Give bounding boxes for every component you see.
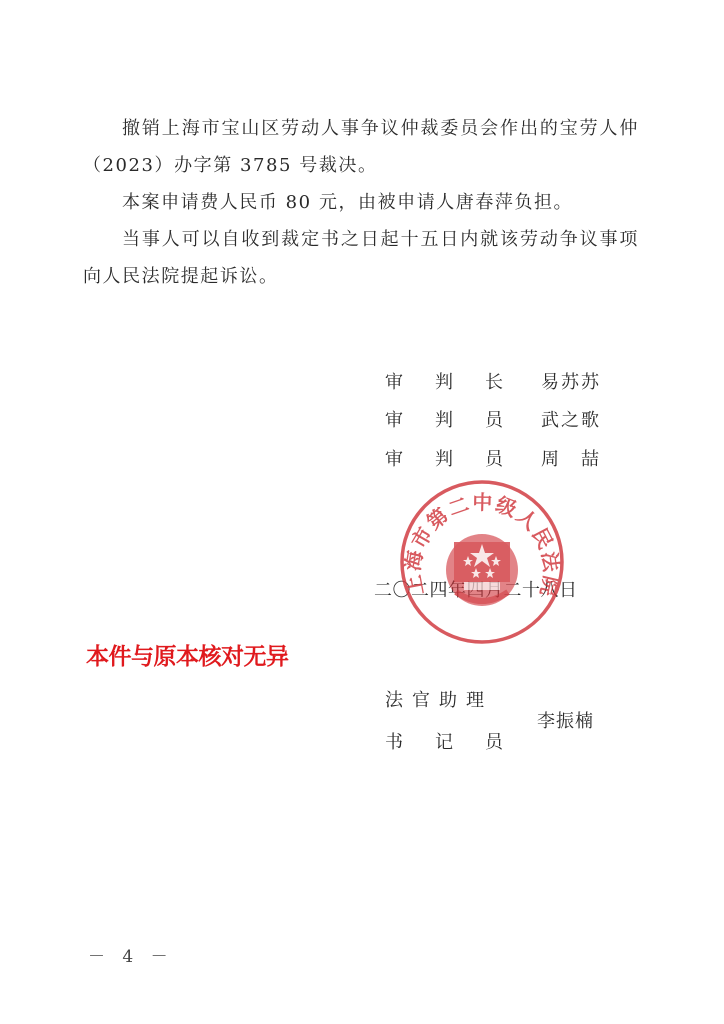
role-label: 审判长 — [385, 368, 535, 394]
role-label: 审判员 — [385, 406, 535, 432]
role-label: 法官助理 — [385, 686, 493, 712]
judge-name: 武之歌 — [541, 406, 601, 432]
judgment-body: 撤销上海市宝山区劳动人事争议仲裁委员会作出的宝劳人仲（2023）办字第 3785… — [83, 110, 639, 295]
national-emblem-icon — [446, 534, 518, 606]
page-number: － 4 － — [88, 942, 174, 967]
paragraph-appeal-notice: 当事人可以自收到裁定书之日起十五日内就该劳动争议事项向人民法院提起诉讼。 — [83, 221, 639, 295]
judge-name: 周 喆 — [541, 445, 601, 471]
paragraph-application-fee: 本案申请费人民币 80 元，由被申请人唐春萍负担。 — [83, 184, 639, 221]
paragraph-revoke-award: 撤销上海市宝山区劳动人事争议仲裁委员会作出的宝劳人仲（2023）办字第 3785… — [83, 110, 639, 184]
certified-true-copy-stamp: 本件与原本核对无异 — [86, 638, 289, 671]
role-label: 审判员 — [385, 445, 535, 471]
clerk-name: 李振楠 — [537, 707, 594, 733]
judge-name: 易苏苏 — [541, 368, 601, 394]
court-seal-icon: 上海市第二中级人民法院 — [398, 478, 566, 646]
role-label: 书记员 — [385, 728, 535, 754]
